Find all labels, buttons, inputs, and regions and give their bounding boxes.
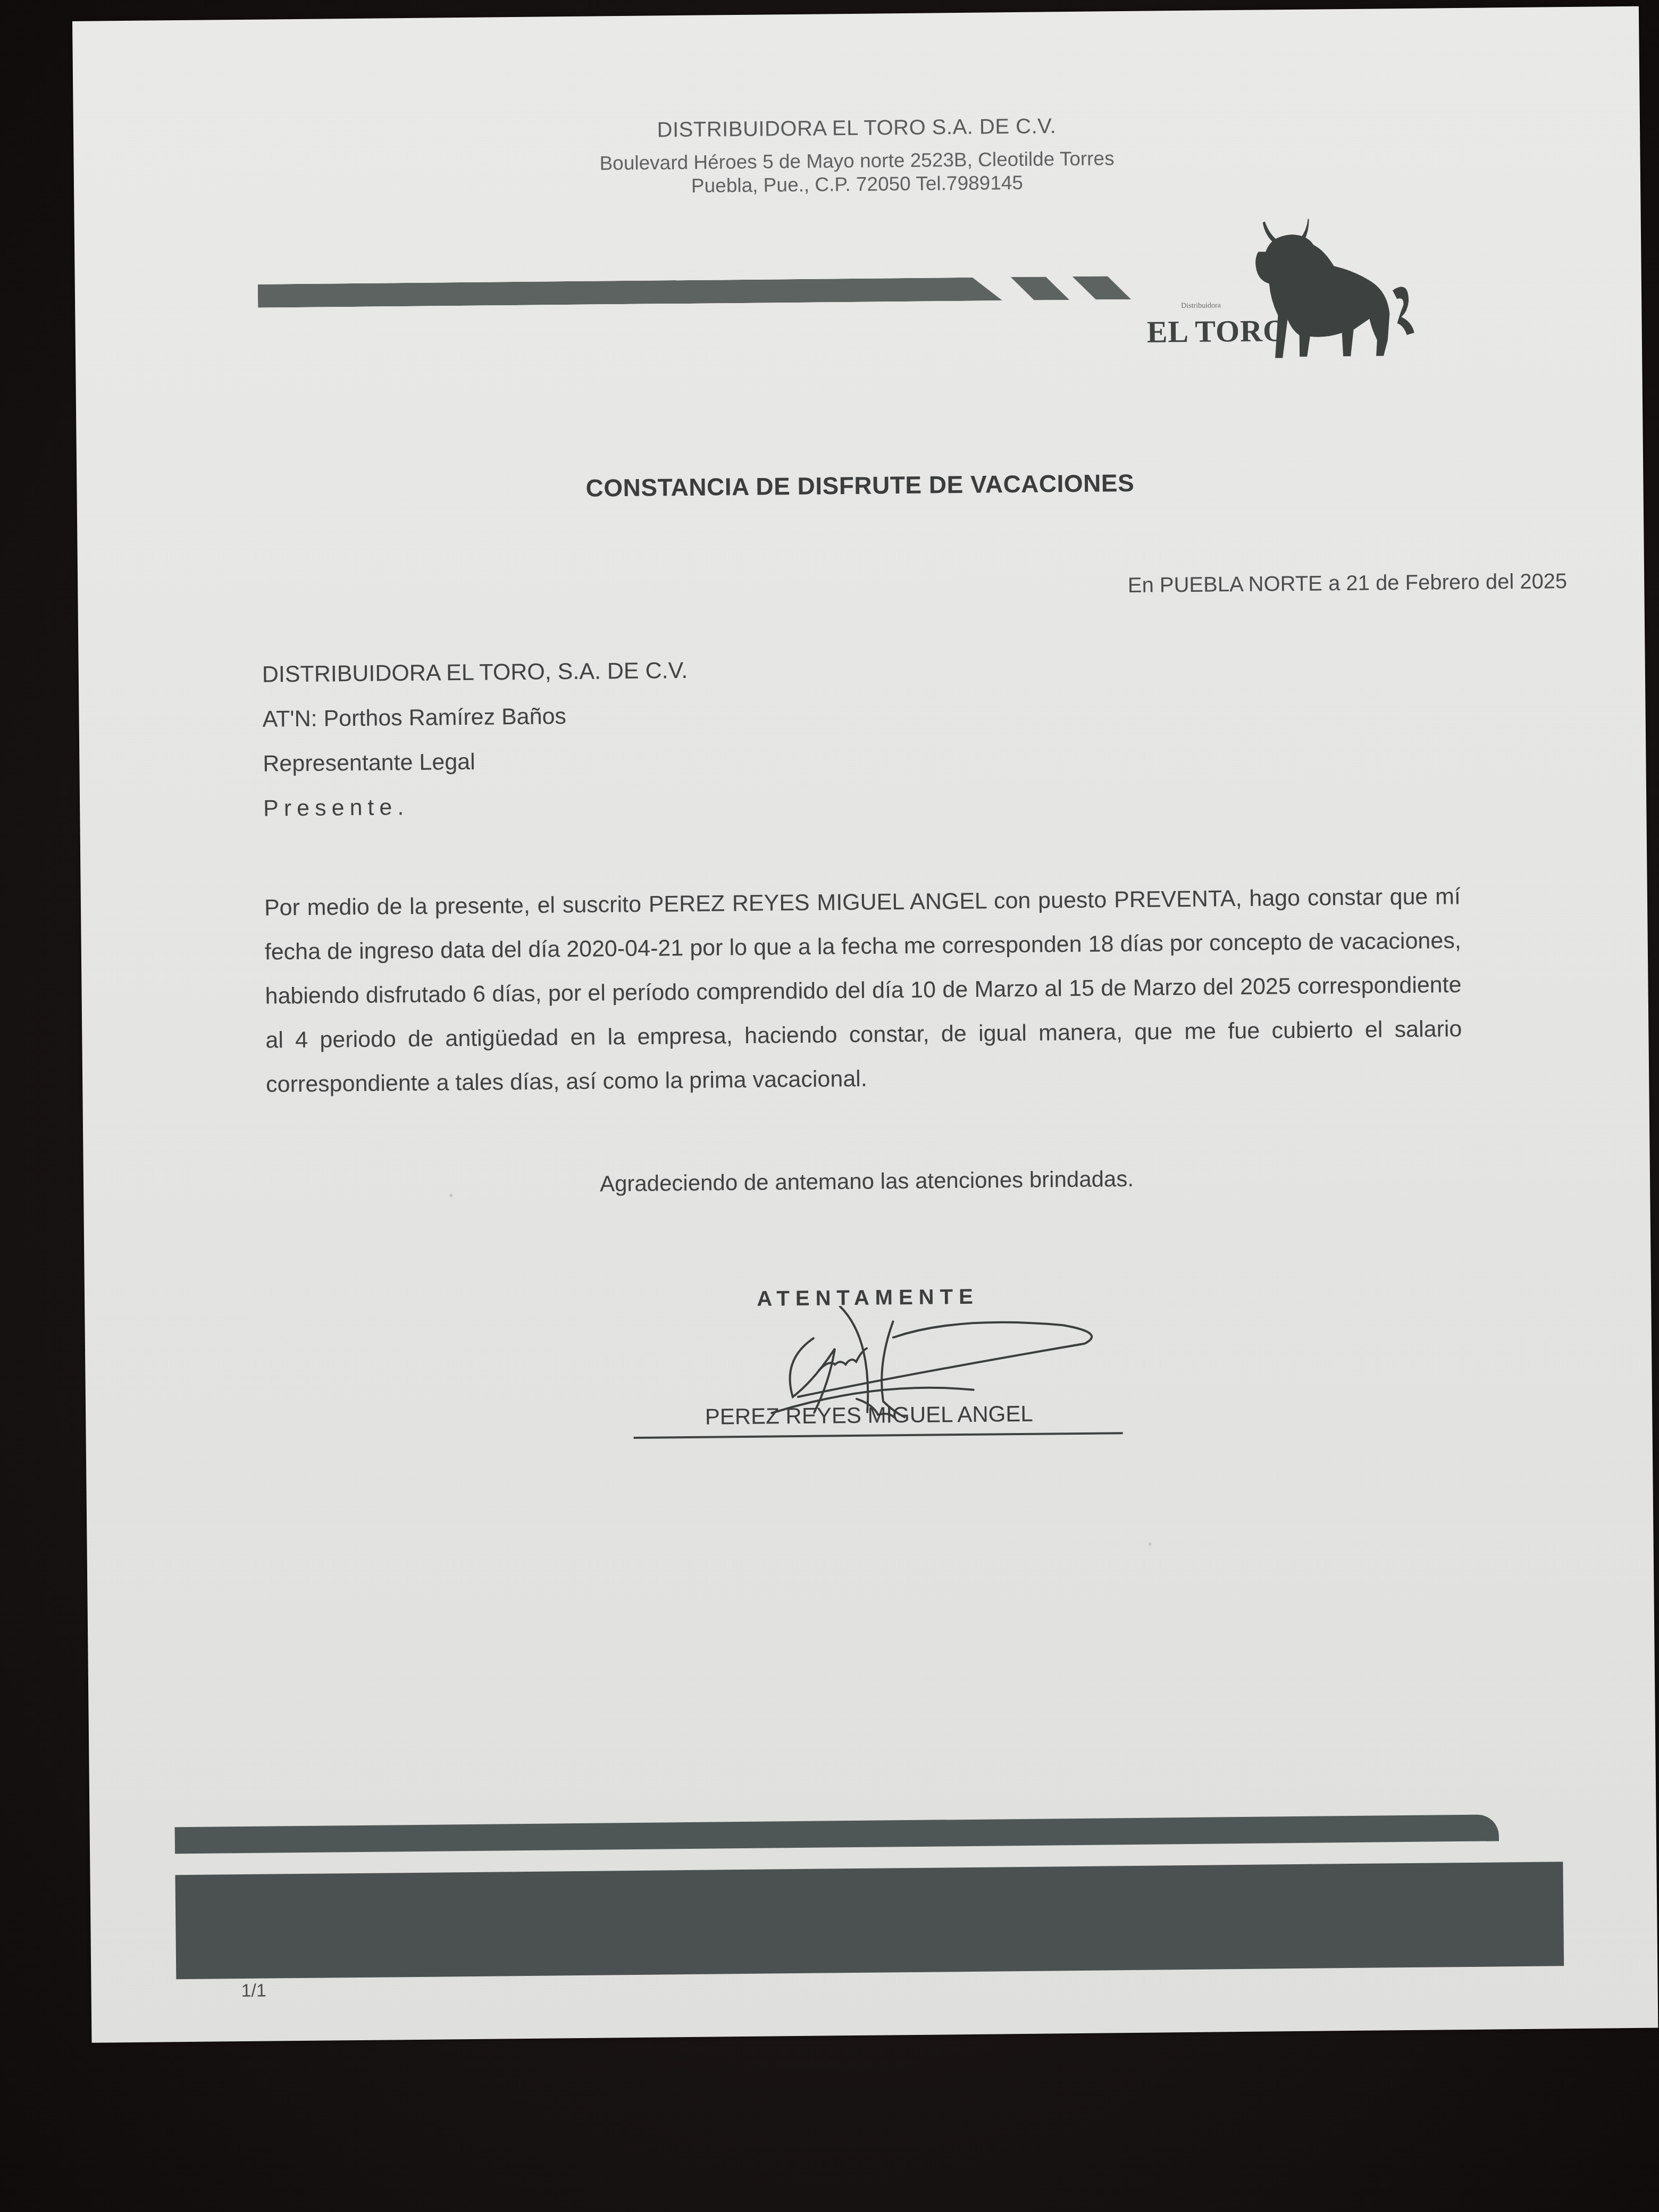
addressee-presente: Presente.: [263, 782, 689, 831]
paper-speck: [1149, 1543, 1152, 1546]
body-paragraph: Por medio de la presente, el suscrito PE…: [264, 875, 1463, 1107]
addressee-company: DISTRIBUIDORA EL TORO, S.A. DE C.V.: [262, 648, 688, 697]
header-bar-stripe: [1073, 276, 1131, 300]
signature-line: [634, 1432, 1123, 1439]
header-bar: [258, 277, 1002, 307]
addressee-attention: AT'N: Porthos Ramírez Baños: [262, 693, 688, 742]
header-bar-stripe: [1011, 276, 1069, 300]
addressee-block: DISTRIBUIDORA EL TORO, S.A. DE C.V. AT'N…: [262, 648, 689, 831]
letterhead-company: DISTRIBUIDORA EL TORO S.A. DE C.V.: [73, 109, 1640, 148]
place-date: En PUEBLA NORTE a 21 de Febrero del 2025: [1128, 569, 1568, 598]
closing-line: Agradeciendo de antemano las atenciones …: [83, 1161, 1650, 1202]
letterhead-address: Boulevard Héroes 5 de Mayo norte 2523B, …: [73, 142, 1640, 204]
logo-name: EL TORO: [1146, 313, 1287, 350]
page-number: 1/1: [241, 1981, 266, 2001]
footer-bar-thin: [175, 1814, 1499, 1854]
document-page: DISTRIBUIDORA EL TORO S.A. DE C.V. Boule…: [72, 6, 1658, 2043]
footer-bar-thick: [175, 1862, 1564, 1979]
document-title: CONSTANCIA DE DISFRUTE DE VACACIONES: [77, 464, 1643, 507]
paper-speck: [449, 1194, 453, 1197]
addressee-role: Representante Legal: [263, 738, 689, 786]
logo-small-text: Distribuidora: [1181, 301, 1221, 311]
